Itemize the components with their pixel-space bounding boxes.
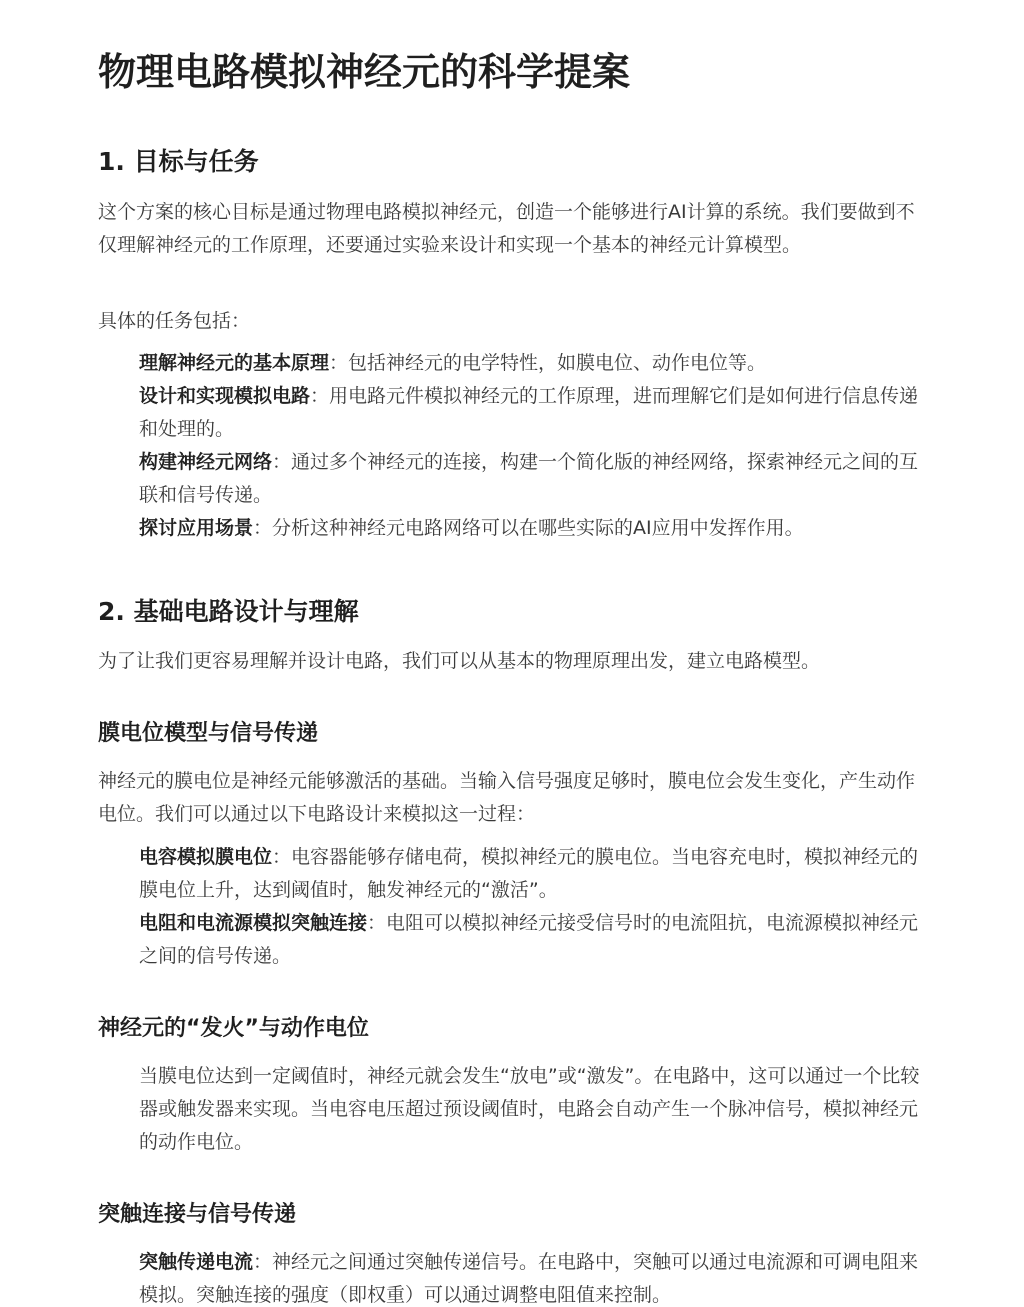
section-2-intro: 为了让我们更容易理解并设计电路，我们可以从基本的物理原理出发，建立电路模型。 <box>98 645 920 678</box>
task-item: 构建神经元网络：通过多个神经元的连接，构建一个简化版的神经网络，探索神经元之间的… <box>139 446 920 512</box>
synapse-item-term: 突触传递电流 <box>139 1251 253 1273</box>
subsection-firing-body: 当膜电位达到一定阈值时，神经元就会发生“放电”或“激发”。在电路中，这可以通过一… <box>139 1060 920 1159</box>
task-list: 理解神经元的基本原理：包括神经元的电学特性，如膜电位、动作电位等。 设计和实现模… <box>139 347 920 545</box>
membrane-item-sep: ： <box>272 846 291 868</box>
membrane-item-term: 电容模拟膜电位 <box>139 846 272 868</box>
task-item-term: 设计和实现模拟电路 <box>139 385 310 407</box>
synapse-list: 突触传递电流：神经元之间通过突触传递信号。在电路中，突触可以通过电流源和可调电阻… <box>139 1246 920 1307</box>
membrane-item-sep: ： <box>367 912 386 934</box>
membrane-item: 电阻和电流源模拟突触连接：电阻可以模拟神经元接受信号时的电流阻抗，电流源模拟神经… <box>139 907 920 973</box>
task-item-desc: 分析这种神经元电路网络可以在哪些实际的AI应用中发挥作用。 <box>272 517 804 539</box>
document-title: 物理电路模拟神经元的科学提案 <box>98 46 630 98</box>
section-1-intro: 这个方案的核心目标是通过物理电路模拟神经元，创造一个能够进行AI计算的系统。我们… <box>98 196 920 262</box>
membrane-item: 电容模拟膜电位：电容器能够存储电荷，模拟神经元的膜电位。当电容充电时，模拟神经元… <box>139 841 920 907</box>
section-2-heading: 2. 基础电路设计与理解 <box>98 594 359 630</box>
task-item-term: 理解神经元的基本原理 <box>139 352 329 374</box>
task-item: 探讨应用场景：分析这种神经元电路网络可以在哪些实际的AI应用中发挥作用。 <box>139 512 920 545</box>
task-item-sep: ： <box>253 517 272 539</box>
membrane-item-term: 电阻和电流源模拟突触连接 <box>139 912 367 934</box>
synapse-item: 突触传递电流：神经元之间通过突触传递信号。在电路中，突触可以通过电流源和可调电阻… <box>139 1246 920 1307</box>
task-item-sep: ： <box>329 352 348 374</box>
task-item: 设计和实现模拟电路：用电路元件模拟神经元的工作原理，进而理解它们是如何进行信息传… <box>139 380 920 446</box>
task-item-term: 探讨应用场景 <box>139 517 253 539</box>
subsection-membrane-heading: 膜电位模型与信号传递 <box>98 718 318 750</box>
synapse-item-sep: ： <box>253 1251 272 1273</box>
subsection-firing-heading: 神经元的“发火”与动作电位 <box>98 1013 369 1045</box>
task-item-desc: 包括神经元的电学特性，如膜电位、动作电位等。 <box>348 352 766 374</box>
task-item-sep: ： <box>310 385 329 407</box>
membrane-list: 电容模拟膜电位：电容器能够存储电荷，模拟神经元的膜电位。当电容充电时，模拟神经元… <box>139 841 920 973</box>
task-item-term: 构建神经元网络 <box>139 451 272 473</box>
section-1-heading: 1. 目标与任务 <box>98 144 259 180</box>
task-item: 理解神经元的基本原理：包括神经元的电学特性，如膜电位、动作电位等。 <box>139 347 920 380</box>
task-item-sep: ： <box>272 451 291 473</box>
section-1-list-intro: 具体的任务包括： <box>98 305 920 338</box>
subsection-membrane-intro: 神经元的膜电位是神经元能够激活的基础。当输入信号强度足够时，膜电位会发生变化，产… <box>98 765 920 831</box>
subsection-synapse-heading: 突触连接与信号传递 <box>98 1199 296 1231</box>
document-page: 物理电路模拟神经元的科学提案 1. 目标与任务 这个方案的核心目标是通过物理电路… <box>0 0 1024 1307</box>
